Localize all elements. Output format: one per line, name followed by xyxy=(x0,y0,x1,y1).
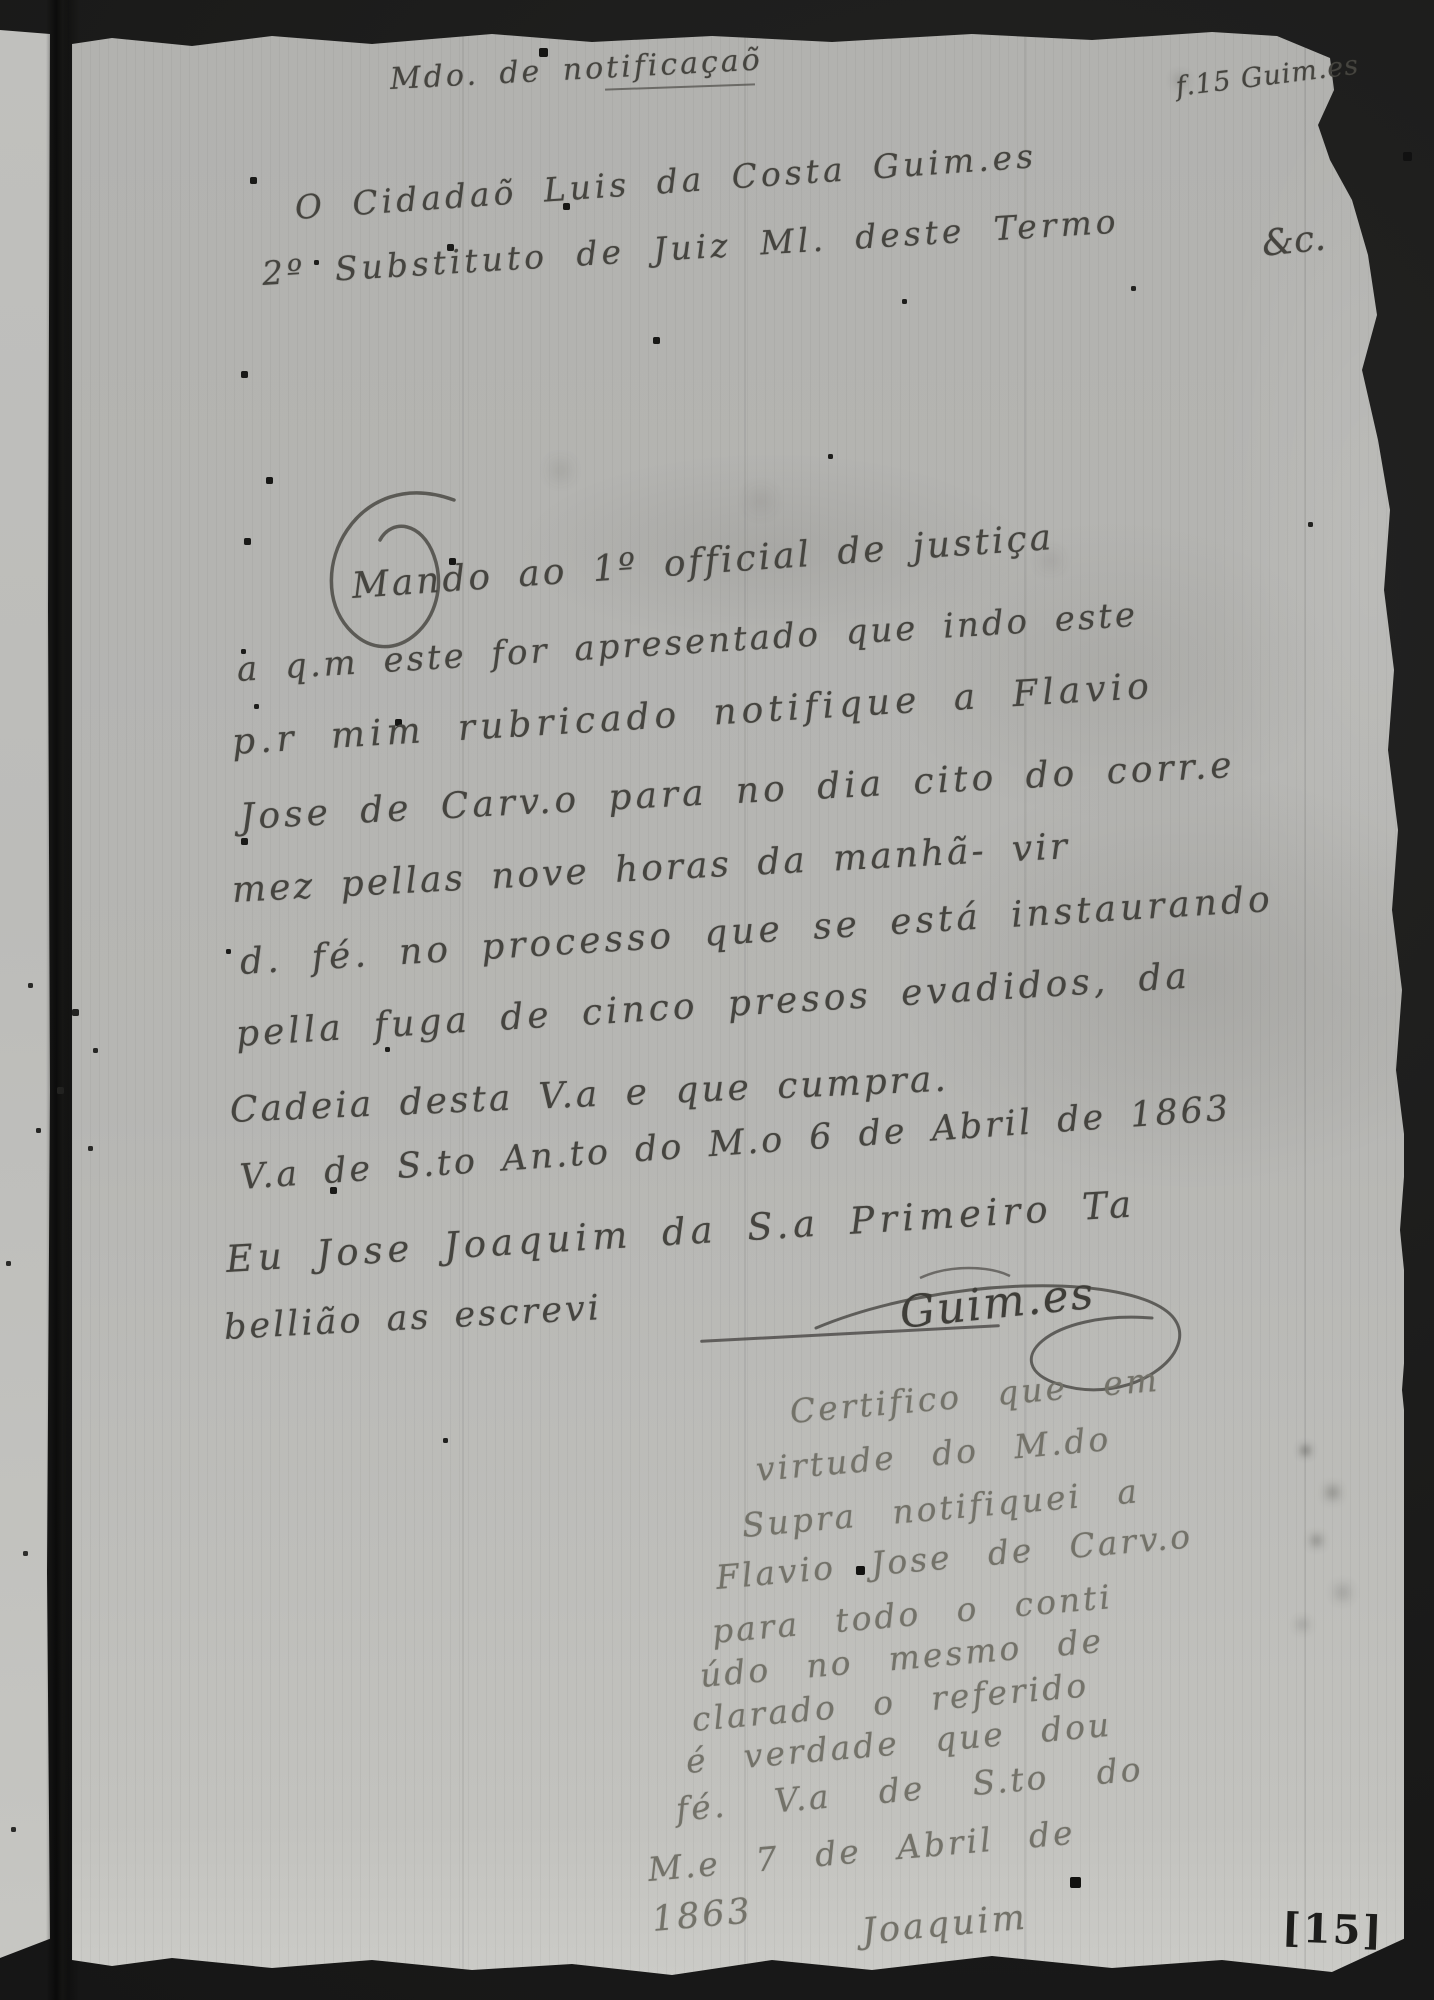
ink-smudges xyxy=(0,0,1,1)
page-number-stamp: [15] xyxy=(1281,1904,1384,1955)
previous-page-edge xyxy=(0,30,50,1958)
scanned-document: Mdo. de notificaçaõ f.15 Guim.es O Cidad… xyxy=(0,0,1434,2000)
fold-line xyxy=(1304,30,1306,1975)
etc-flourish: &c. xyxy=(1260,217,1328,264)
